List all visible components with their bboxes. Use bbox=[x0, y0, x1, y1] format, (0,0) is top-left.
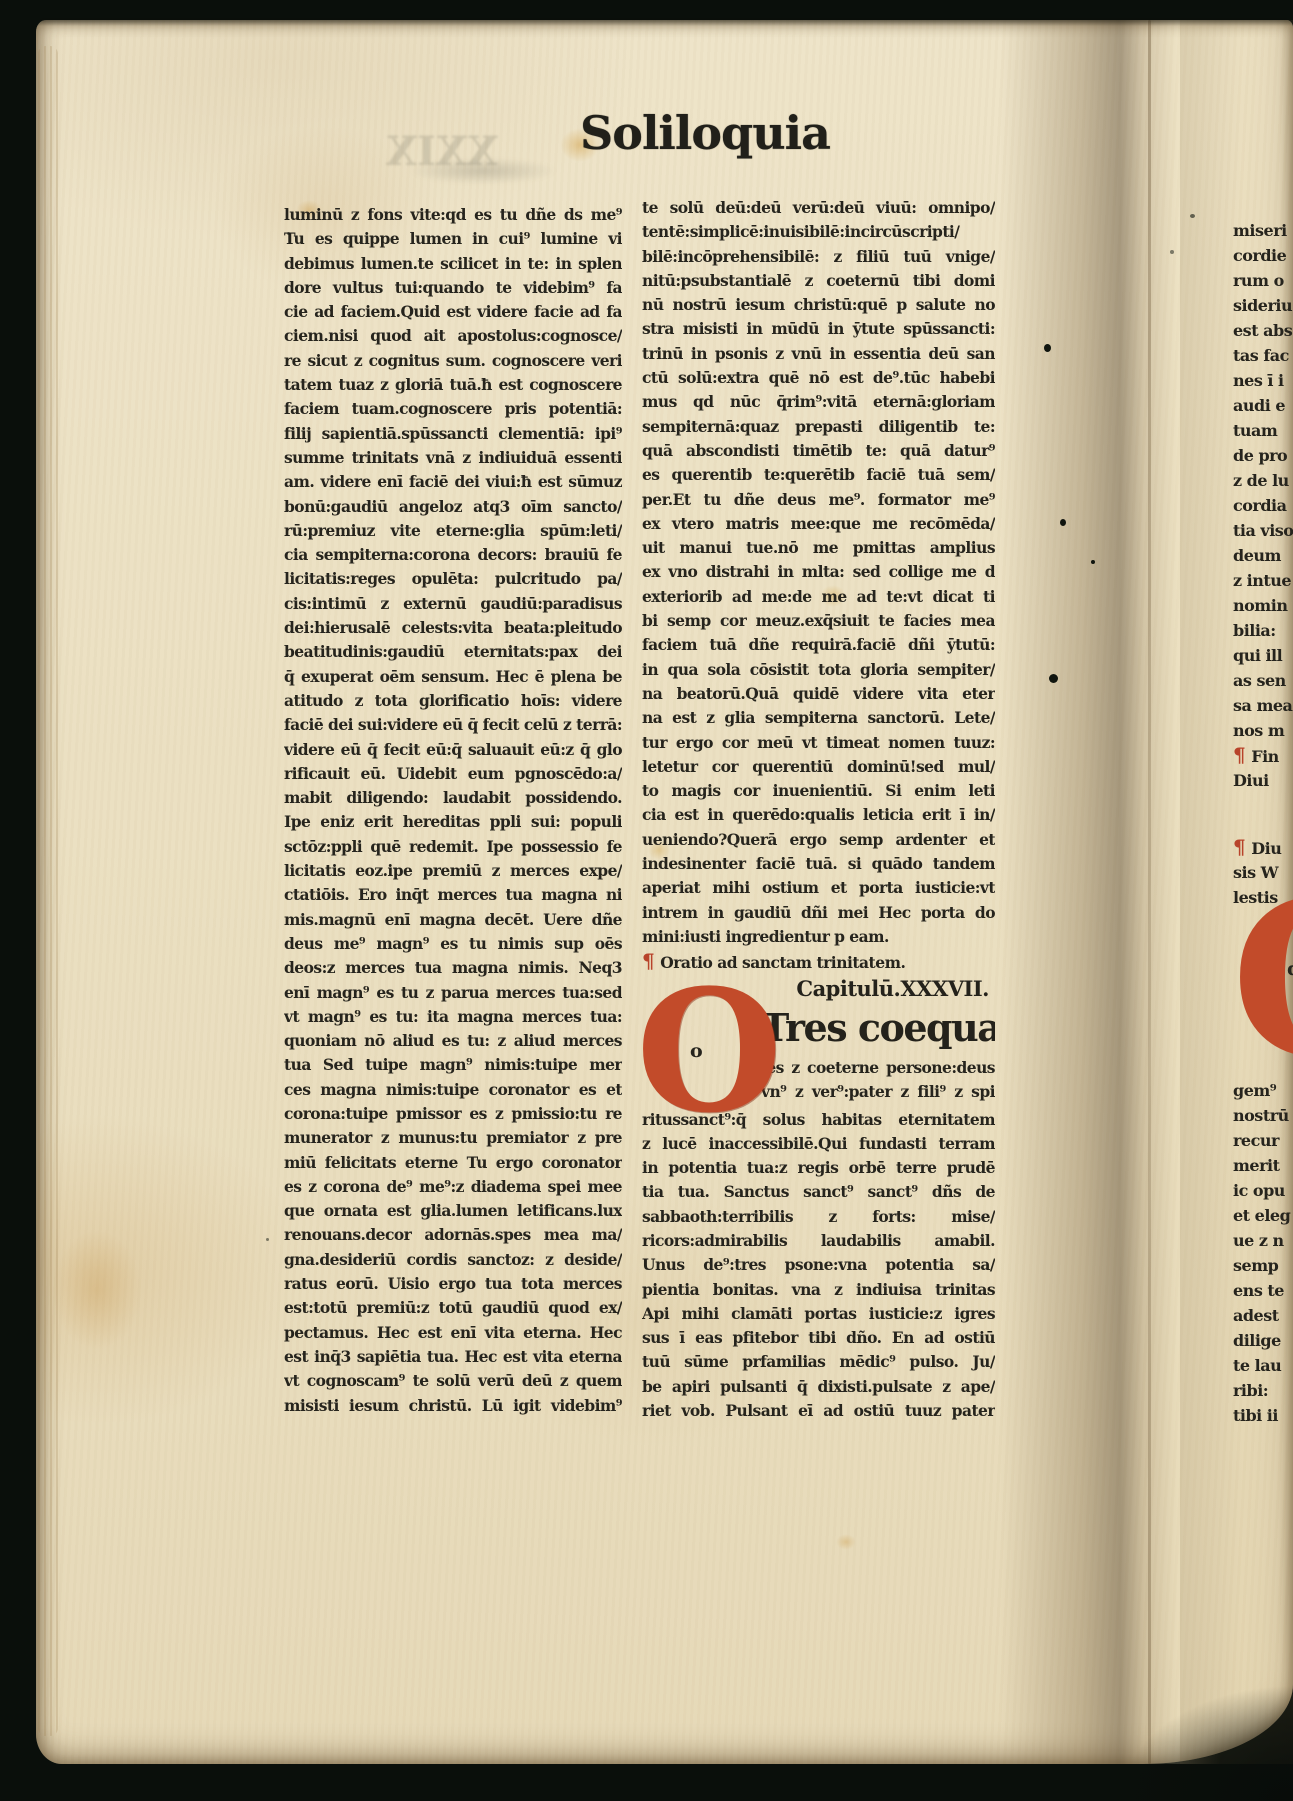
text-line: mini:iusti ingredientur p eam. bbox=[642, 925, 995, 949]
text-line: ex vtero matris mee:que me recōmēda/ bbox=[642, 512, 995, 536]
ink-speck bbox=[1190, 214, 1195, 218]
fragment-lines: misericordierum osideriuest abstas facne… bbox=[1233, 218, 1293, 743]
text-line: miū felicitats eterne Tu ergo coronator bbox=[284, 1151, 622, 1175]
text-line: tia viso bbox=[1233, 518, 1293, 543]
text-line: Tu es quippe lumen in cui⁹ lumine vi bbox=[284, 227, 622, 251]
text-line: qui ill bbox=[1233, 643, 1293, 668]
text-line: sempiternā:quaz prepasti diligentib te: bbox=[642, 415, 995, 439]
text-line: videre eū q̄ fecit eū:q̄ saluauit eū:z q… bbox=[284, 738, 622, 762]
text-line: dei:hierusalē celests:vita beata:pleitud… bbox=[284, 616, 622, 640]
text-line: faciem tuam.cognoscere pris potentiā: bbox=[284, 397, 622, 421]
fragment-lines: gem⁹nostrūrecurmeritic opuet elegue z ns… bbox=[1233, 1078, 1293, 1428]
text-line: est abs bbox=[1233, 318, 1293, 343]
initial-letter: Q bbox=[1231, 880, 1293, 1080]
text-line: audi e bbox=[1233, 393, 1293, 418]
text-line: cordie bbox=[1233, 243, 1293, 268]
text-line: na beatorū.Quā quidē videre vita eter bbox=[642, 682, 995, 706]
text-line: bonū:gaudiū angeloz atq3 oīm sancto/ bbox=[284, 495, 622, 519]
text-line: exteriorib ad me:de me ad te:vt dicat ti bbox=[642, 585, 995, 609]
text-line: indesinenter faciē tuā. si quādo tandem bbox=[642, 852, 995, 876]
text-line: est:totū premiū:z totū gaudiū quod ex/ bbox=[284, 1296, 622, 1320]
text-line: nomin bbox=[1233, 593, 1293, 618]
text-line: que ornata est glia.lumen letificans.lux bbox=[284, 1199, 622, 1223]
text-line: merit bbox=[1233, 1153, 1293, 1178]
text-line: atitudo z tota glorificatio hoīs: videre bbox=[284, 689, 622, 713]
text-line: tibi ii bbox=[1233, 1403, 1293, 1428]
page-edge-deckle bbox=[38, 46, 58, 1736]
text-line: te solū deū:deū verū:deū viuū: omnipo/ bbox=[642, 196, 995, 220]
next-page-strip: misericordierum osideriuest abstas facne… bbox=[1205, 0, 1293, 1801]
text-line: ctū solū:extra quē nō est de⁹.tūc habebi bbox=[642, 366, 995, 390]
rubric-heading: ¶Fin bbox=[1233, 743, 1293, 768]
text-line: mus qd nūc q̄rim⁹:vitā eternā:gloriam bbox=[642, 390, 995, 414]
text-line: beatitudinis:gaudiū eternitats:pax dei bbox=[284, 640, 622, 664]
text-line: corona:tuipe pmissor es z pmissio:tu re bbox=[284, 1102, 622, 1126]
illuminated-initial: Q q bbox=[1233, 910, 1293, 1078]
text-line: Api mihi clamāti portas iusticie:z igres bbox=[642, 1302, 995, 1326]
text-line: mis.magnū enī magna decēt. Uere dñe bbox=[284, 908, 622, 932]
ink-speck bbox=[287, 232, 290, 235]
text-line: deos:z merces tua magna nimis. Neq3 bbox=[284, 956, 622, 980]
text-line: nes ī i bbox=[1233, 368, 1293, 393]
text-line: quoniam nō aliud es tu: z aliud merces bbox=[284, 1029, 622, 1053]
text-line: tur ergo cor meū vt timeat nomen tuuz: bbox=[642, 731, 995, 755]
text-line: munerator z munus:tu premiator z pre bbox=[284, 1126, 622, 1150]
ink-speck bbox=[1044, 344, 1051, 352]
text-line: pectamus. Hec est enī vita eterna. Hec bbox=[284, 1321, 622, 1345]
text-line: dore vultus tui:quando te videbim⁹ fa bbox=[284, 276, 622, 300]
text-line: nū nostrū iesum christū:quē p salute no bbox=[642, 293, 995, 317]
text-line: de pro bbox=[1233, 443, 1293, 468]
text-line: semp bbox=[1233, 1253, 1293, 1278]
illuminated-initial: O o bbox=[642, 1004, 755, 1108]
gutter-crease bbox=[1148, 20, 1151, 1764]
text-line: cia est in querēdo:qualis leticia erit ī… bbox=[642, 803, 995, 827]
text-line: trinū in psonis z vnū in essentia deū sa… bbox=[642, 342, 995, 366]
column-lines: luminū z fons vite:qd es tu dñe ds me⁹Tu… bbox=[284, 203, 622, 1418]
text-line: na est z glia sempiterna sanctorū. Lete/ bbox=[642, 706, 995, 730]
text-line: mabit diligendo: laudabit possidendo. bbox=[284, 786, 622, 810]
text-line: ces magna nimis:tuipe coronator es et bbox=[284, 1078, 622, 1102]
text-line: deum bbox=[1233, 543, 1293, 568]
opening-words-large: Tres coequa bbox=[761, 1004, 995, 1056]
text-column-right: te solū deū:deū verū:deū viuū: omnipo/te… bbox=[642, 196, 995, 1428]
text-line: in potentia tua:z regis orbē terre prudē bbox=[642, 1156, 995, 1180]
text-line: ribi: bbox=[1233, 1378, 1293, 1403]
text-line: tuam bbox=[1233, 418, 1293, 443]
text-line: Unus de⁹:tres psone:vna potentia sa/ bbox=[642, 1253, 995, 1277]
text-line: es querentib te:querētib faciē tuā sem/ bbox=[642, 463, 995, 487]
folio-showthrough: XXIX bbox=[352, 128, 532, 175]
guide-letter: q bbox=[1287, 958, 1293, 980]
text-line: sideriu bbox=[1233, 293, 1293, 318]
book-photo: { "colors":{"paper":"#ebe0c2","ink":"#26… bbox=[0, 0, 1293, 1801]
text-line: miseri bbox=[1233, 218, 1293, 243]
text-line: bilia: bbox=[1233, 618, 1293, 643]
text-line: ratus eorū. Uisio ergo tua tota merces bbox=[284, 1272, 622, 1296]
text-line: re sicut z cognitus sum. cognoscere veri bbox=[284, 349, 622, 373]
text-line: Diui bbox=[1233, 768, 1293, 793]
ink-speck bbox=[1091, 560, 1095, 564]
text-line: cordia bbox=[1233, 493, 1293, 518]
text-line: licitatis:reges opulēta: pulcritudo pa/ bbox=[284, 567, 622, 591]
text-line: licitatis eoz.ipe premiū z merces expe/ bbox=[284, 859, 622, 883]
text-line: nostrū bbox=[1233, 1103, 1293, 1128]
text-line: ueniendo?Querā ergo semp ardenter et bbox=[642, 828, 995, 852]
ink-speck bbox=[1060, 519, 1066, 526]
text-line: z de lu bbox=[1233, 468, 1293, 493]
text-line: enī magn⁹ es tu z parua merces tua:sed bbox=[284, 981, 622, 1005]
text-line: faciē dei sui:videre eū q̄ fecit celū z … bbox=[284, 713, 622, 737]
text-line: tia tua. Sanctus sanct⁹ sanct⁹ dñs de bbox=[642, 1180, 995, 1204]
text-line: vt magn⁹ es tu: ita magna merces tua: bbox=[284, 1005, 622, 1029]
text-line: as sen bbox=[1233, 668, 1293, 693]
text-line: pientia bonitas. vna z indiuisa trinitas bbox=[642, 1278, 995, 1302]
text-line: Ipe eniz erit hereditas ppli sui: populi bbox=[284, 810, 622, 834]
text-line: sctōz:ppli quē redemit. Ipe possessio fe bbox=[284, 835, 622, 859]
text-line: renouans.decor adornās.spes mea ma/ bbox=[284, 1223, 622, 1247]
text-line: am. videre enī faciē dei viui:ħ est sūmu… bbox=[284, 470, 622, 494]
text-line: cia sempiterna:corona decors: brauiū fe bbox=[284, 543, 622, 567]
text-line: tua Sed tuipe magn⁹ nimis:tuipe mer bbox=[284, 1053, 622, 1077]
text-line: misisti iesum christū. Lū igit videbim⁹ bbox=[284, 1394, 622, 1418]
text-line: z intue bbox=[1233, 568, 1293, 593]
text-line: rificauit eū. Uidebit eum pgnoscēdo:a/ bbox=[284, 762, 622, 786]
text-line: tatem tuaz z gloriā tuā.ħ est cognoscere bbox=[284, 373, 622, 397]
chapter-opening: O o Tres coequa les z coeterne persone:d… bbox=[642, 1004, 995, 1108]
rubric-text: Fin bbox=[1251, 747, 1279, 766]
text-line: vt cognoscam⁹ te solū verū deū z quem bbox=[284, 1369, 622, 1393]
text-line: te lau bbox=[1233, 1353, 1293, 1378]
text-line: summe trinitats vnā z indiuiduā essenti bbox=[284, 446, 622, 470]
initial-letter: O bbox=[642, 976, 782, 1126]
text-line: rū:premiuz vite eterne:glia spūm:leti/ bbox=[284, 519, 622, 543]
guide-letter: o bbox=[690, 1040, 703, 1062]
text-line: cie ad faciem.Quid est videre facie ad f… bbox=[284, 300, 622, 324]
text-line: ens te bbox=[1233, 1278, 1293, 1303]
text-line: intrem in gaudiū dñi mei Hec porta do bbox=[642, 901, 995, 925]
running-title: Soliloquia bbox=[560, 106, 850, 160]
ink-speck bbox=[1049, 674, 1058, 683]
text-line: ciem.nisi quod ait apostolus:cognosce/ bbox=[284, 324, 622, 348]
text-line: q̄ exuperat oēm sensum. Hec ē plena be bbox=[284, 665, 622, 689]
text-line: in qua sola cōsistit tota gloria sempite… bbox=[642, 658, 995, 682]
text-line: per.Et tu dñe deus me⁹. formator me⁹ bbox=[642, 488, 995, 512]
text-line: tas fac bbox=[1233, 343, 1293, 368]
text-line: debimus lumen.te scilicet in te: in sple… bbox=[284, 252, 622, 276]
text-line: uit manui tue.nō me pmittas amplius bbox=[642, 536, 995, 560]
column-gap-spacer bbox=[1233, 793, 1293, 835]
text-line: sus ī eas pfitebor tibi dño. En ad ostiū bbox=[642, 1326, 995, 1350]
ink-speck bbox=[266, 1238, 269, 1241]
text-line: et eleg bbox=[1233, 1203, 1293, 1228]
text-line: recur bbox=[1233, 1128, 1293, 1153]
text-line: to magis cor inuenientiū. Si enim leti bbox=[642, 779, 995, 803]
text-line: gna.desideriū cordis sanctoz: z deside/ bbox=[284, 1248, 622, 1272]
ink-speck bbox=[1170, 250, 1174, 254]
column-lines: te solū deū:deū verū:deū viuū: omnipo/te… bbox=[642, 196, 995, 925]
text-line: riet vob. Pulsant eī ad ostiū tuuz pater bbox=[642, 1399, 995, 1423]
text-line: stra misisti in mūdū in ȳtute spūssancti… bbox=[642, 317, 995, 341]
text-line: be apiri pulsanti q̄ dixisti.pulsate z a… bbox=[642, 1375, 995, 1399]
text-line: bi semp cor meuz.exq̄siuit te facies mea bbox=[642, 609, 995, 633]
text-line: letetur cor querentiū dominū!sed mul/ bbox=[642, 755, 995, 779]
text-line: cis:intimū z externū gaudiū:paradisus bbox=[284, 592, 622, 616]
text-line: quā abscondisti timētib te: quā datur⁹ bbox=[642, 439, 995, 463]
text-line: tuū sūme prfamilias mēdic⁹ pulso. Ju/ bbox=[642, 1350, 995, 1374]
text-line: nos m bbox=[1233, 718, 1293, 743]
page-top-edge bbox=[36, 18, 1293, 26]
text-line: dilige bbox=[1233, 1328, 1293, 1353]
text-column-left: luminū z fons vite:qd es tu dñe ds me⁹Tu… bbox=[284, 203, 622, 1429]
text-line: tentē:simplicē:inuisibilē:incircūscripti… bbox=[642, 220, 995, 244]
text-line: nitū:psubstantialē z coeternū tibi domi bbox=[642, 269, 995, 293]
next-page-column: misericordierum osideriuest abstas facne… bbox=[1233, 218, 1293, 1428]
text-line: est inq̄3 sapiētia tua. Hec est vita ete… bbox=[284, 1345, 622, 1369]
text-line: sabbaoth:terribilis z forts: mise/ bbox=[642, 1205, 995, 1229]
text-line: faciem tuā dñe requirā.faciē dñi ȳtutū: bbox=[642, 633, 995, 657]
text-line: ctatiōis. Ero inq̄t merces tua magna ni bbox=[284, 883, 622, 907]
text-line: deus me⁹ magn⁹ es tu nimis sup oēs bbox=[284, 932, 622, 956]
column-lines: ritussanct⁹:q̄ solus habitas eternitatem… bbox=[642, 1108, 995, 1424]
text-line: rum o bbox=[1233, 268, 1293, 293]
text-line: ic opu bbox=[1233, 1178, 1293, 1203]
text-line: ricors:admirabilis laudabilis amabil. bbox=[642, 1229, 995, 1253]
pilcrow-mark: ¶ bbox=[1233, 743, 1245, 767]
text-line: filij sapientiā.spūssancti clementiā: ip… bbox=[284, 422, 622, 446]
text-line: aperiat mihi ostium et porta iusticie:vt bbox=[642, 876, 995, 900]
text-line: adest bbox=[1233, 1303, 1293, 1328]
text-line: luminū z fons vite:qd es tu dñe ds me⁹ bbox=[284, 203, 622, 227]
text-line: sa mea bbox=[1233, 693, 1293, 718]
text-line: es z corona de⁹ me⁹:z diadema spei mee bbox=[284, 1175, 622, 1199]
text-line: ex vno distrahi in mlta: sed collige me … bbox=[642, 560, 995, 584]
page-corner-shadow bbox=[1033, 1591, 1293, 1801]
text-line: ue z n bbox=[1233, 1228, 1293, 1253]
text-line: bilē:incōprehensibilē: z filiū tuū vnige… bbox=[642, 245, 995, 269]
